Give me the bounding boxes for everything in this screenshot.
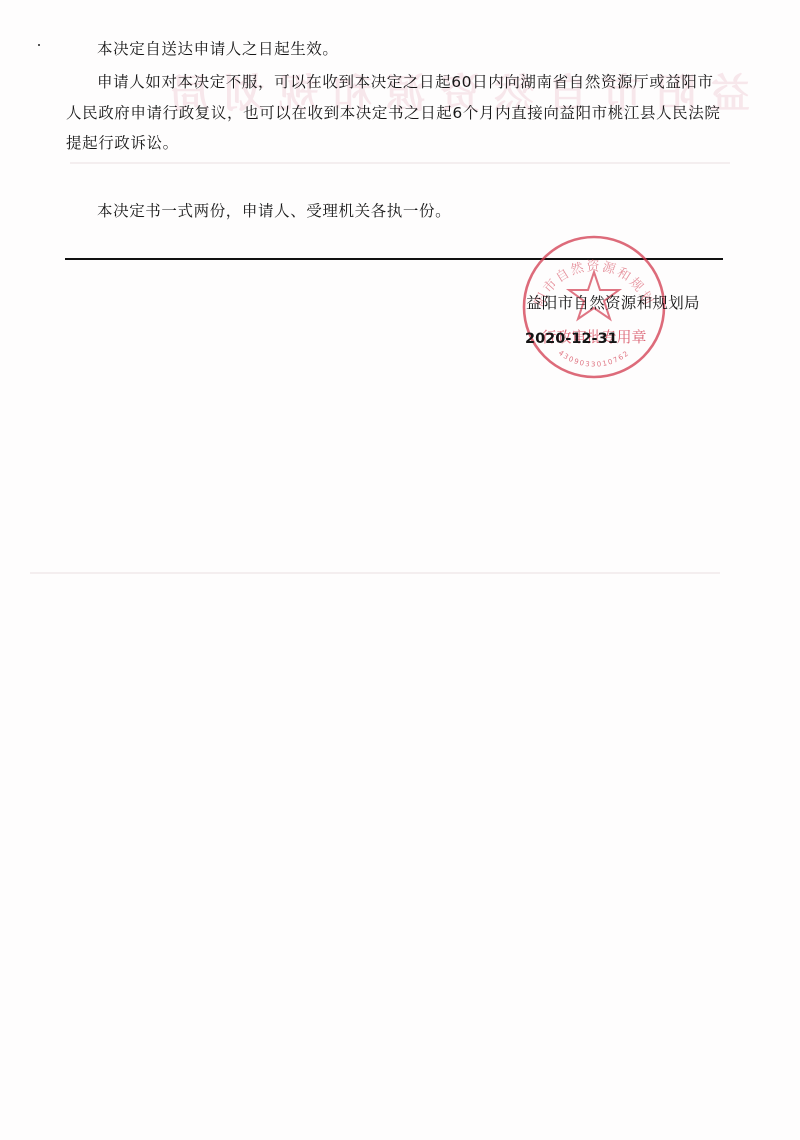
svg-text:4309033010762: 4309033010762: [557, 349, 631, 369]
scan-speck: [38, 44, 40, 46]
document-page: 益阳市自然资源和规划局 本决定自送达申请人之日起生效。 申请人如对本决定不服，可…: [0, 0, 800, 1140]
bleed-through-line: [30, 572, 720, 574]
issuing-authority: 益阳市自然资源和规划局: [526, 292, 700, 314]
copies-paragraph: 本决定书一式两份，申请人、受理机关各执一份。: [66, 196, 726, 226]
appeal-rights-text: 申请人如对本决定不服，可以在收到本决定之日起60日内向湖南省自然资源厅或益阳市人…: [66, 73, 720, 152]
issue-date: 2020-12-31: [525, 328, 618, 350]
effective-date-paragraph: 本决定自送达申请人之日起生效。: [66, 34, 726, 64]
appeal-rights-paragraph: 申请人如对本决定不服，可以在收到本决定之日起60日内向湖南省自然资源厅或益阳市人…: [66, 67, 726, 159]
bleed-through-line: [70, 162, 730, 164]
horizontal-rule: [65, 258, 723, 260]
